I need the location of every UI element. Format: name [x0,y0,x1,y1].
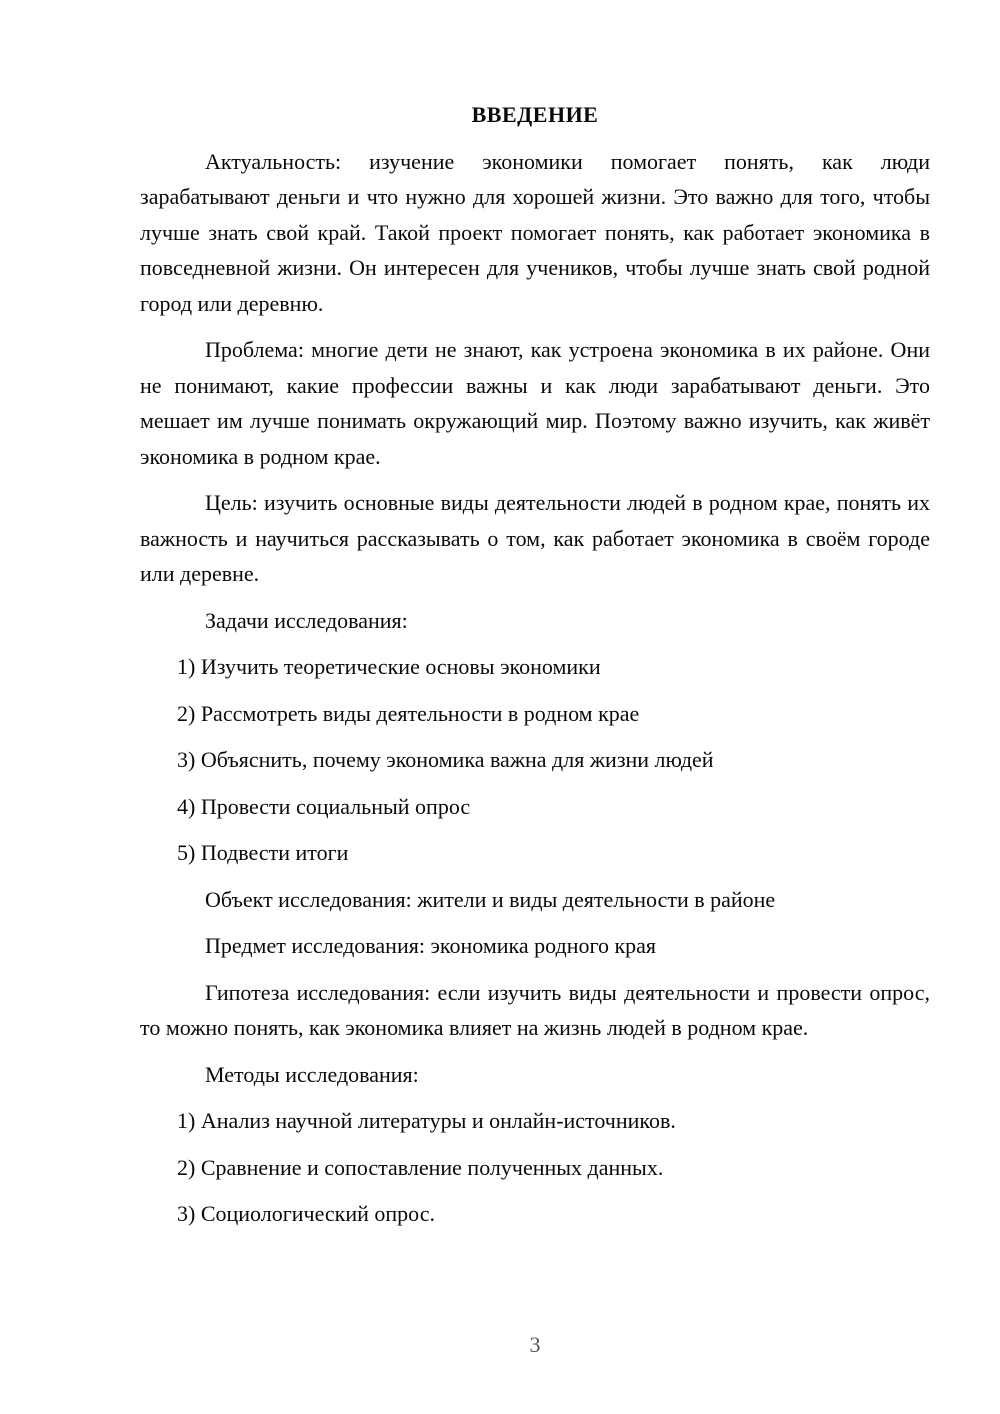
task-item: 2) Рассмотреть виды деятельности в родно… [177,696,930,732]
tasks-heading: Задачи исследования: [140,603,930,639]
task-item: 1) Изучить теоретические основы экономик… [177,649,930,685]
page-title: ВВЕДЕНИЕ [140,97,930,133]
paragraph-problem: Проблема: многие дети не знают, как устр… [140,332,930,474]
task-item: 3) Объяснить, почему экономика важна для… [177,742,930,778]
research-object: Объект исследования: жители и виды деяте… [140,882,930,918]
paragraph-relevance: Актуальность: изучение экономики помогае… [140,144,930,322]
research-subject: Предмет исследования: экономика родного … [140,928,930,964]
hypothesis: Гипотеза исследования: если изучить виды… [140,975,930,1046]
task-item: 5) Подвести итоги [177,835,930,871]
methods-heading: Методы исследования: [140,1057,930,1093]
page-number: 3 [140,1327,930,1362]
document-page: ВВЕДЕНИЕ Актуальность: изучение экономик… [0,0,1000,1414]
paragraph-goal: Цель: изучить основные виды деятельности… [140,485,930,592]
task-item: 4) Провести социальный опрос [177,789,930,825]
method-item: 3) Социологический опрос. [177,1196,930,1232]
method-item: 2) Сравнение и сопоставление полученных … [177,1150,930,1186]
method-item: 1) Анализ научной литературы и онлайн-ис… [177,1103,930,1139]
